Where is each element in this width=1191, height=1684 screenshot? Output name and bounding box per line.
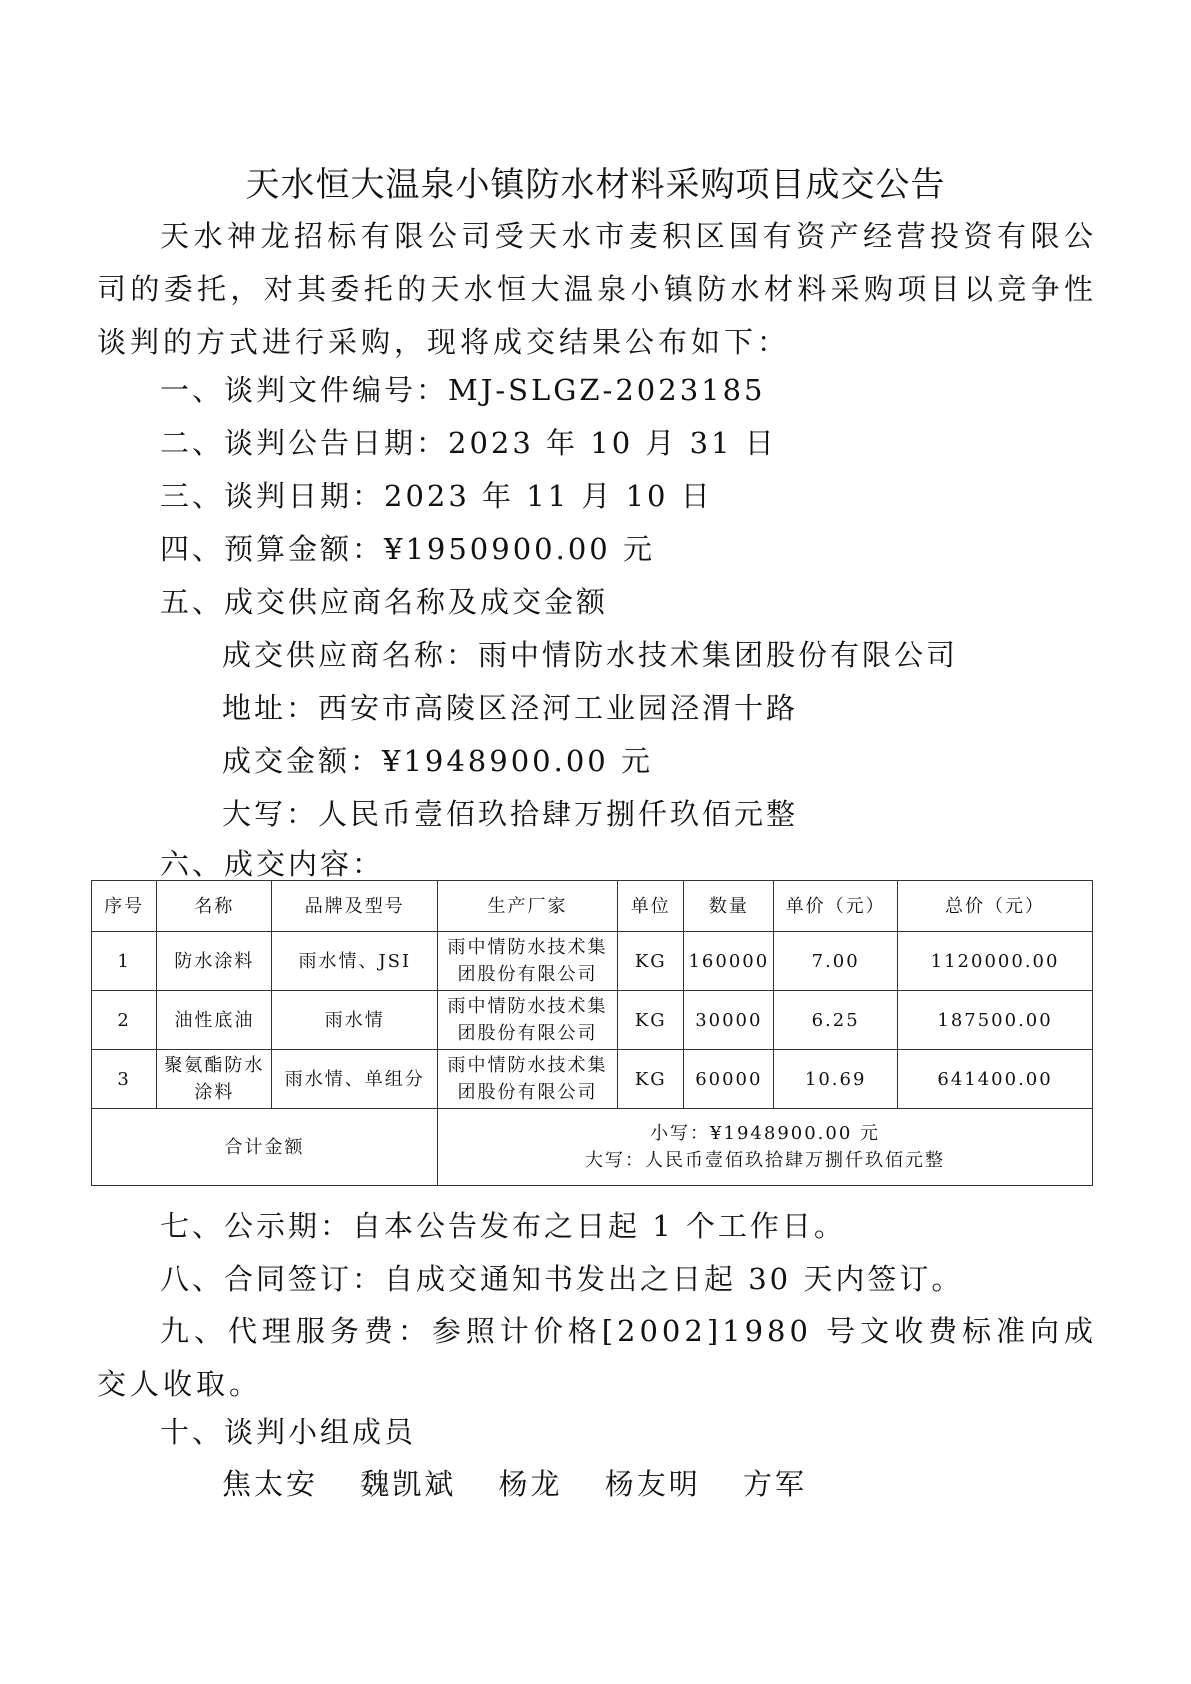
- member-name: 杨友明: [605, 1466, 701, 1502]
- cell-unit: KG: [618, 1050, 684, 1109]
- page-title: 天水恒大温泉小镇防水材料采购项目成交公告: [0, 157, 1191, 206]
- cell-no: 3: [92, 1050, 157, 1109]
- cell-total: 187500.00: [898, 991, 1093, 1050]
- cell-price: 6.25: [774, 991, 898, 1050]
- header-unit: 单位: [618, 881, 684, 932]
- cell-qty: 60000: [684, 1050, 774, 1109]
- section-publicity-period: 七、公示期：自本公告发布之日起 1 个工作日。: [160, 1208, 846, 1244]
- table-row: 2 油性底油 雨水情 雨中情防水技术集团股份有限公司 KG 30000 6.25…: [92, 991, 1093, 1050]
- cell-no: 1: [92, 932, 157, 991]
- member-name: 方军: [743, 1466, 807, 1502]
- total-capital: 大写：人民币壹佰玖拾肆万捌仟玖佰元整: [442, 1147, 1088, 1174]
- header-qty: 数量: [684, 881, 774, 932]
- header-brand: 品牌及型号: [272, 881, 438, 932]
- cell-price: 7.00: [774, 932, 898, 991]
- cell-price: 10.69: [774, 1050, 898, 1109]
- member-name: 杨龙: [498, 1466, 562, 1502]
- section-budget: 四、预算金额：¥1950900.00 元: [160, 531, 655, 567]
- panel-members-list: 焦太安 魏凯斌 杨龙 杨友明 方军: [222, 1466, 837, 1502]
- table-header-row: 序号 名称 品牌及型号 生产厂家 单位 数量 单价（元） 总价（元）: [92, 881, 1093, 932]
- section-file-number: 一、谈判文件编号：MJ-SLGZ-2023185: [160, 372, 766, 408]
- cell-no: 2: [92, 991, 157, 1050]
- total-amount: 小写：¥1948900.00 元 大写：人民币壹佰玖拾肆万捌仟玖佰元整: [438, 1109, 1093, 1186]
- header-price: 单价（元）: [774, 881, 898, 932]
- deal-amount-capital: 大写：人民币壹佰玖拾肆万捌仟玖佰元整: [222, 796, 798, 832]
- table-row: 3 聚氨酯防水涂料 雨水情、单组分 雨中情防水技术集团股份有限公司 KG 600…: [92, 1050, 1093, 1109]
- cell-maker: 雨中情防水技术集团股份有限公司: [438, 932, 618, 991]
- section-agency-fee: 九、代理服务费：参照计价格[2002]1980 号文收费标准向成交人收取。: [97, 1305, 1097, 1411]
- section-contract-signing: 八、合同签订：自成交通知书发出之日起 30 天内签订。: [160, 1261, 963, 1297]
- table-row: 1 防水涂料 雨水情、JSⅠ 雨中情防水技术集团股份有限公司 KG 160000…: [92, 932, 1093, 991]
- cell-brand: 雨水情: [272, 991, 438, 1050]
- deal-amount: 成交金额：¥1948900.00 元: [222, 743, 653, 779]
- cell-total: 1120000.00: [898, 932, 1093, 991]
- header-no: 序号: [92, 881, 157, 932]
- deal-content-table: 序号 名称 品牌及型号 生产厂家 单位 数量 单价（元） 总价（元） 1 防水涂…: [91, 880, 1093, 1186]
- cell-qty: 160000: [684, 932, 774, 991]
- section-negotiation-date: 三、谈判日期：2023 年 11 月 10 日: [160, 478, 713, 514]
- supplier-address: 地址：西安市高陵区泾河工业园泾渭十路: [222, 690, 798, 726]
- section-panel-members: 十、谈判小组成员: [160, 1414, 416, 1450]
- cell-qty: 30000: [684, 991, 774, 1050]
- header-maker: 生产厂家: [438, 881, 618, 932]
- supplier-name: 成交供应商名称：雨中情防水技术集团股份有限公司: [222, 637, 958, 673]
- section-supplier-heading: 五、成交供应商名称及成交金额: [160, 584, 608, 620]
- intro-paragraph: 天水神龙招标有限公司受天水市麦积区国有资产经营投资有限公司的委托，对其委托的天水…: [97, 210, 1097, 369]
- cell-unit: KG: [618, 932, 684, 991]
- cell-total: 641400.00: [898, 1050, 1093, 1109]
- cell-brand: 雨水情、单组分: [272, 1050, 438, 1109]
- cell-maker: 雨中情防水技术集团股份有限公司: [438, 1050, 618, 1109]
- section-announcement-date: 二、谈判公告日期：2023 年 10 月 31 日: [160, 425, 777, 461]
- table-total-row: 合计金额 小写：¥1948900.00 元 大写：人民币壹佰玖拾肆万捌仟玖佰元整: [92, 1109, 1093, 1186]
- section-deal-content: 六、成交内容：: [160, 846, 384, 882]
- total-small: 小写：¥1948900.00 元: [442, 1120, 1088, 1147]
- header-total: 总价（元）: [898, 881, 1093, 932]
- cell-name: 油性底油: [157, 991, 272, 1050]
- cell-name: 防水涂料: [157, 932, 272, 991]
- cell-name: 聚氨酯防水涂料: [157, 1050, 272, 1109]
- cell-brand: 雨水情、JSⅠ: [272, 932, 438, 991]
- cell-maker: 雨中情防水技术集团股份有限公司: [438, 991, 618, 1050]
- total-label: 合计金额: [92, 1109, 438, 1186]
- cell-unit: KG: [618, 991, 684, 1050]
- header-name: 名称: [157, 881, 272, 932]
- member-name: 魏凯斌: [360, 1466, 456, 1502]
- member-name: 焦太安: [222, 1466, 318, 1502]
